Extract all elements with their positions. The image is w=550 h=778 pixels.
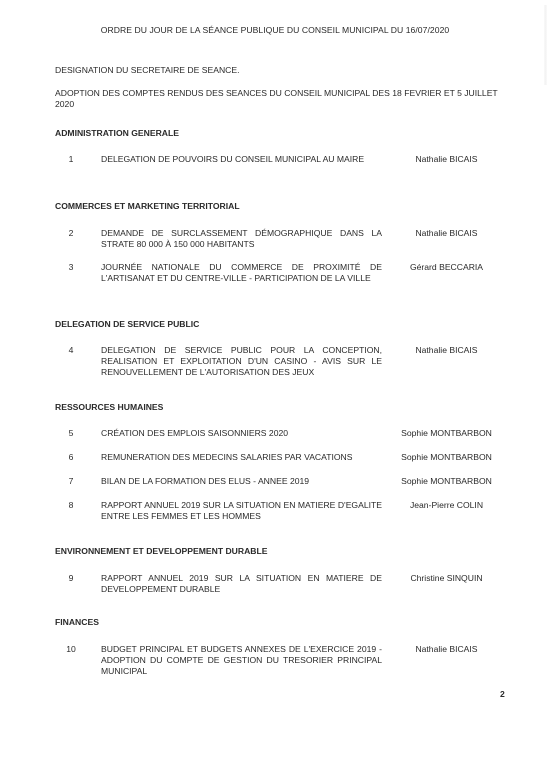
item-number: 10 (60, 644, 82, 655)
item-number: 6 (60, 452, 82, 463)
section-heading-rh: RESSOURCES HUMAINES (55, 402, 163, 412)
section-heading-commerces: COMMERCES ET MARKETING TERRITORIAL (55, 201, 240, 211)
item-presenter: Sophie MONTBARBON (388, 428, 505, 439)
item-text: REMUNERATION DES MEDECINS SALARIES PAR V… (101, 452, 382, 463)
agenda-page: ORDRE DU JOUR DE LA SÉANCE PUBLIQUE DU C… (0, 0, 550, 778)
item-presenter: Jean-Pierre COLIN (388, 500, 505, 511)
item-text: RAPPORT ANNUEL 2019 SUR LA SITUATION EN … (101, 500, 382, 522)
item-text: JOURNÉE NATIONALE DU COMMERCE DE PROXIMI… (101, 262, 382, 284)
section-heading-finances: FINANCES (55, 617, 99, 627)
item-text: CRÉATION DES EMPLOIS SAISONNIERS 2020 (101, 428, 382, 439)
item-number: 7 (60, 476, 82, 487)
section-heading-administration: ADMINISTRATION GENERALE (55, 128, 179, 138)
preamble-secretary: DESIGNATION DU SECRETAIRE DE SEANCE. (55, 65, 505, 76)
item-text: DEMANDE DE SURCLASSEMENT DÉMOGRAPHIQUE D… (101, 228, 382, 250)
item-presenter: Nathalie BICAIS (388, 154, 505, 165)
item-presenter: Christine SINQUIN (388, 573, 505, 584)
page-title: ORDRE DU JOUR DE LA SÉANCE PUBLIQUE DU C… (0, 25, 550, 35)
item-number: 5 (60, 428, 82, 439)
item-number: 9 (60, 573, 82, 584)
page-number: 2 (500, 689, 505, 699)
item-presenter: Nathalie BICAIS (388, 644, 505, 655)
section-heading-dsp: DELEGATION DE SERVICE PUBLIC (55, 319, 199, 329)
item-presenter: Sophie MONTBARBON (388, 476, 505, 487)
item-number: 3 (60, 262, 82, 273)
item-presenter: Sophie MONTBARBON (388, 452, 505, 463)
item-presenter: Gérard BECCARIA (388, 262, 505, 273)
item-number: 8 (60, 500, 82, 511)
item-text: BUDGET PRINCIPAL ET BUDGETS ANNEXES DE L… (101, 644, 382, 677)
item-number: 1 (60, 154, 82, 165)
preamble-adoption: ADOPTION DES COMPTES RENDUS DES SEANCES … (55, 88, 505, 110)
item-presenter: Nathalie BICAIS (388, 228, 505, 239)
item-text: RAPPORT ANNUEL 2019 SUR LA SITUATION EN … (101, 573, 382, 595)
item-text: BILAN DE LA FORMATION DES ELUS - ANNEE 2… (101, 476, 382, 487)
section-heading-environnement: ENVIRONNEMENT ET DEVELOPPEMENT DURABLE (55, 546, 267, 556)
item-text: DELEGATION DE POUVOIRS DU CONSEIL MUNICI… (101, 154, 382, 165)
item-presenter: Nathalie BICAIS (388, 345, 505, 356)
item-text: DELEGATION DE SERVICE PUBLIC POUR LA CON… (101, 345, 382, 378)
item-number: 4 (60, 345, 82, 356)
item-number: 2 (60, 228, 82, 239)
scan-edge (544, 5, 547, 85)
